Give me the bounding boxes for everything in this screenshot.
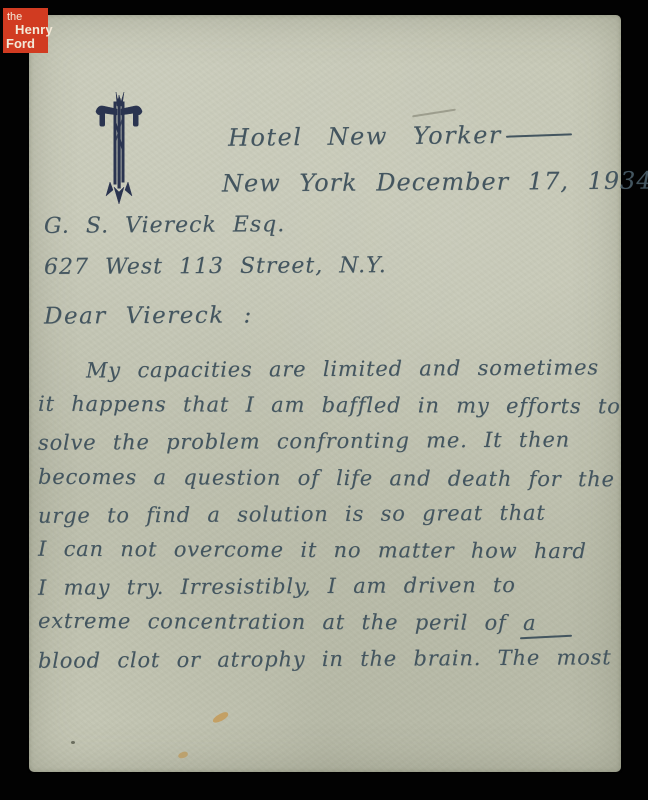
handwritten-line: urge to find a solution is so great that — [38, 500, 623, 540]
logo-henry-text: Henry — [15, 23, 48, 36]
handwritten-line: it happens that I am baffled in my effor… — [38, 392, 623, 431]
recipient-name: G. S. Viereck Esq. — [44, 212, 285, 239]
letter-body: My capacities are limited and sometimes … — [38, 357, 623, 683]
recipient-address: 627 West 113 Street, N.Y. — [44, 253, 387, 280]
logo-ford-text: Ford — [6, 37, 48, 50]
handwritten-line: solve the problem confronting me. It the… — [38, 428, 623, 468]
photo-background: Hotel New Yorker New York December 17, 1… — [0, 0, 648, 800]
hotel-name-text: Hotel New Yorker — [228, 121, 502, 152]
handwritten-line: I may try. Irresistibly, I am driven to — [38, 572, 623, 612]
letter-dateline: New York December 17, 1934. — [222, 166, 648, 197]
handwritten-line: My capacities are limited and sometimes — [38, 355, 623, 395]
scratch-mark — [412, 109, 456, 118]
henry-ford-logo: the Henry Ford — [3, 8, 48, 53]
handwritten-line: becomes a question of life and death for… — [38, 464, 623, 503]
hotel-monogram-icon — [92, 90, 146, 206]
pen-flourish — [506, 133, 572, 137]
letterhead-hotel-name: Hotel New Yorker — [228, 120, 572, 152]
stain-mark — [211, 711, 229, 725]
speck-mark — [71, 741, 75, 744]
handwritten-line: extreme concentration at the peril of a — [38, 609, 623, 648]
handwritten-line: blood clot or atrophy in the brain. The … — [38, 645, 623, 685]
salutation: Dear Viereck : — [44, 302, 253, 329]
handwritten-line: I can not overcome it no matter how hard — [38, 537, 623, 576]
stain-mark — [177, 751, 188, 760]
